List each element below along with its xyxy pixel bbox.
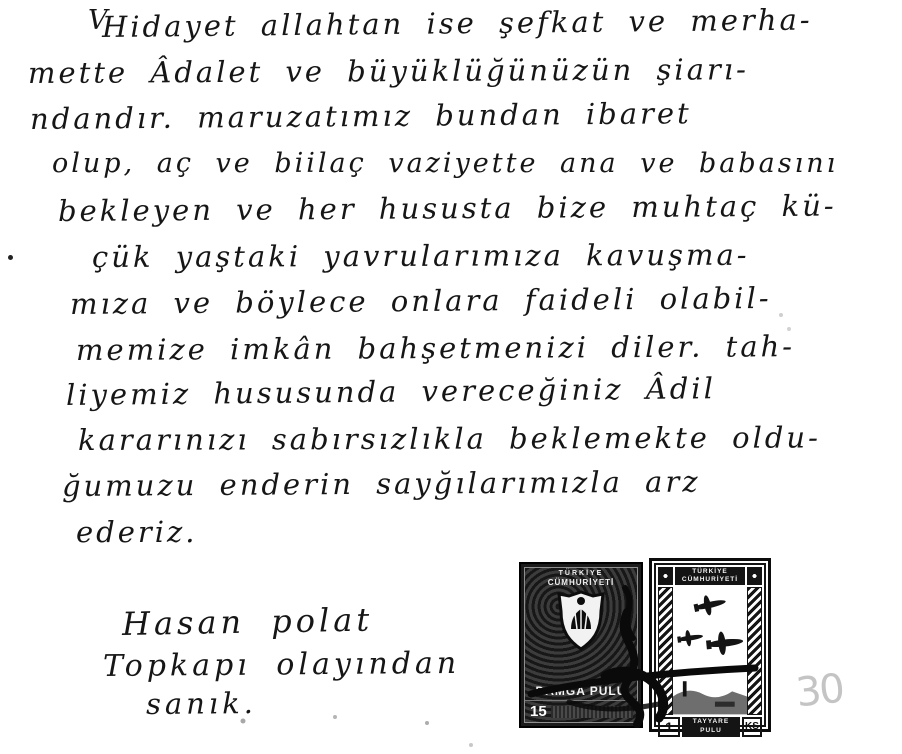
tayyare-pulu-stamp: TÜRKİYE CÜMHURİYETİ [649, 558, 771, 732]
tayyare-label-line1: TAYYARE [693, 718, 729, 726]
stamps-block: TÜRKİYE CÜMHURİYETİ DAMGA PULU 15 [515, 556, 777, 738]
text-line-7: mıza ve böylece onlara faideli olabil- [70, 281, 772, 321]
faint-page-number: 30 [794, 666, 845, 717]
damga-ornament [551, 706, 633, 718]
tayyare-header: TÜRKİYE CÜMHURİYETİ [656, 565, 764, 587]
rosette-icon [747, 567, 762, 585]
damga-stamp-label: DAMGA PULU [536, 684, 627, 698]
tayyare-country-line1: TÜRKİYE [675, 568, 745, 576]
text-line-11: ğumuzu enderin sayğılarımızla arz [62, 465, 701, 503]
text-line-3: ndandır. maruzatımız bundan ibaret [30, 96, 692, 136]
tayyare-label-line2: PULU [700, 727, 722, 735]
text-line-4: olup, aç ve biilaç vaziyette ana ve baba… [52, 148, 838, 179]
text-line-2: mette Âdalet ve büyüklüğünüzün şiarı- [28, 52, 749, 90]
tayyare-stamp-value: 1 [658, 717, 680, 737]
text-line-1: Hidayet allahtan ise şefkat ve merha- [102, 3, 813, 44]
tayyare-stamp-label: TAYYARE PULU [682, 717, 740, 737]
damga-country-line1: TÜRKİYE [559, 570, 604, 577]
tayyare-stamp-face: TÜRKİYE CÜMHURİYETİ [654, 563, 766, 727]
margin-dot [8, 255, 13, 260]
text-line-5: bekleyen ve her hususta bize muhtaç kü- [58, 189, 837, 228]
damga-value-row: 15 [525, 700, 637, 720]
tayyare-vignette [658, 587, 762, 714]
tayyare-country: TÜRKİYE CÜMHURİYETİ [675, 567, 745, 585]
rope-border-icon [658, 587, 673, 714]
state-emblem-icon [553, 589, 609, 653]
text-line-10: kararınızı sabırsızlıkla beklemekte oldu… [78, 420, 821, 457]
tayyare-value-row: 1 TAYYARE PULU KŞ [656, 715, 764, 739]
rope-border-icon [747, 587, 762, 714]
handwritten-petition-page: V Hidayet allahtan ise şefkat ve merha- … [0, 0, 902, 754]
signature-name: Hasan polat [122, 601, 374, 643]
text-line-9: liyemiz hususunda vereceğiniz Âdil [66, 371, 716, 412]
tayyare-stamp-unit: KŞ [742, 717, 762, 737]
signature-role: sanık. [146, 686, 257, 721]
text-line-12: ederiz. [76, 515, 198, 549]
damga-stamp-value: 15 [525, 703, 547, 720]
rosette-icon [658, 567, 673, 585]
airplanes-icon [673, 587, 747, 714]
tayyare-country-line2: CÜMHURİYETİ [675, 576, 745, 584]
tayyare-sky [673, 587, 747, 714]
damga-country-line2: CÜMHURİYETİ [548, 578, 615, 587]
damga-stamp-face: TÜRKİYE CÜMHURİYETİ DAMGA PULU 15 [524, 567, 638, 723]
text-line-8: memize imkân bahşetmenizi diler. tah- [76, 329, 795, 367]
damga-pulu-stamp: TÜRKİYE CÜMHURİYETİ DAMGA PULU 15 [519, 562, 643, 728]
scan-specks [0, 0, 2, 2]
text-line-6: çük yaştaki yavrularımıza kavuşma- [92, 238, 750, 274]
signature-case: Topkapı olayından [103, 646, 460, 684]
